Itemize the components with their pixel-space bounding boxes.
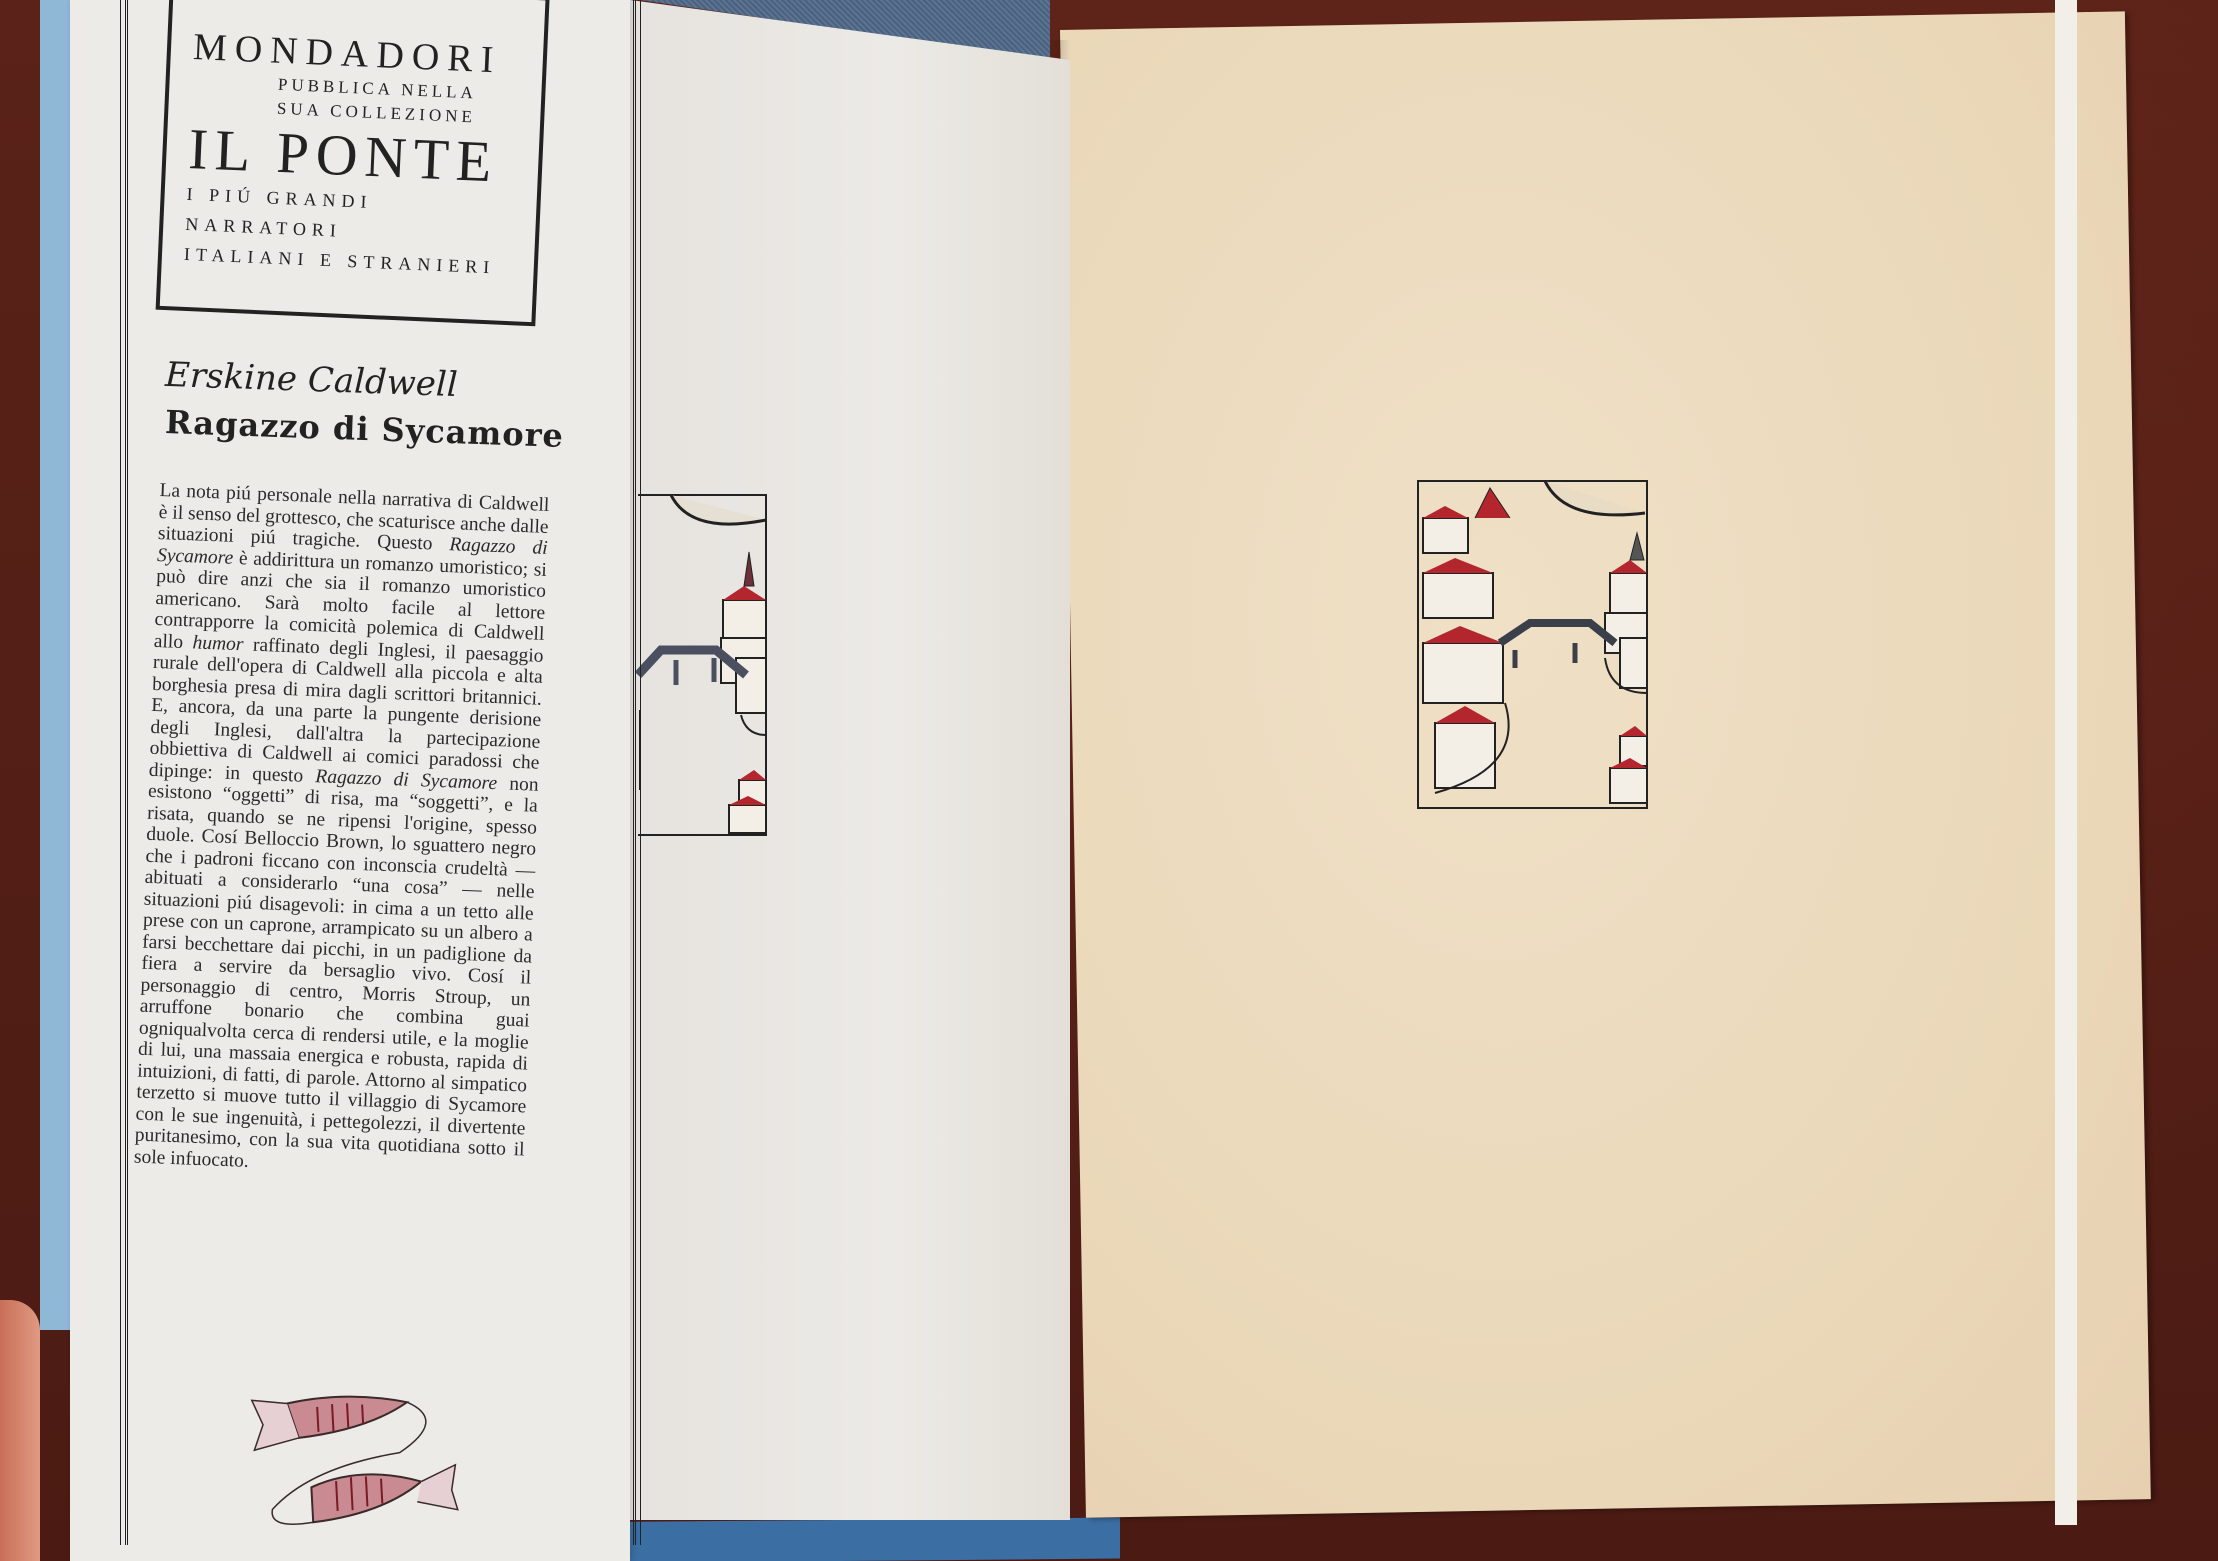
blurb-italic: humor (192, 632, 244, 655)
holding-finger (0, 1300, 40, 1561)
two-fish-emblem-icon (246, 1380, 464, 1541)
book-cover-cloth-bottom (560, 1518, 1120, 1561)
village-bridge-illustration-icon (1415, 478, 1650, 811)
page-edge (2055, 0, 2077, 1525)
village-bridge-illustration-partial-icon (636, 490, 771, 840)
collection-promo-box: MONDADORI PUBBLICA NELLA SUA COLLEZIONE … (156, 0, 550, 326)
flap-blurb: La nota piú personale nella narrativa di… (134, 480, 550, 1182)
blurb-text: non esistono “oggetti” di risa, ma “sogg… (134, 773, 539, 1172)
blurb-text: raffinato degli Inglesi, il paesaggio ru… (148, 634, 543, 787)
